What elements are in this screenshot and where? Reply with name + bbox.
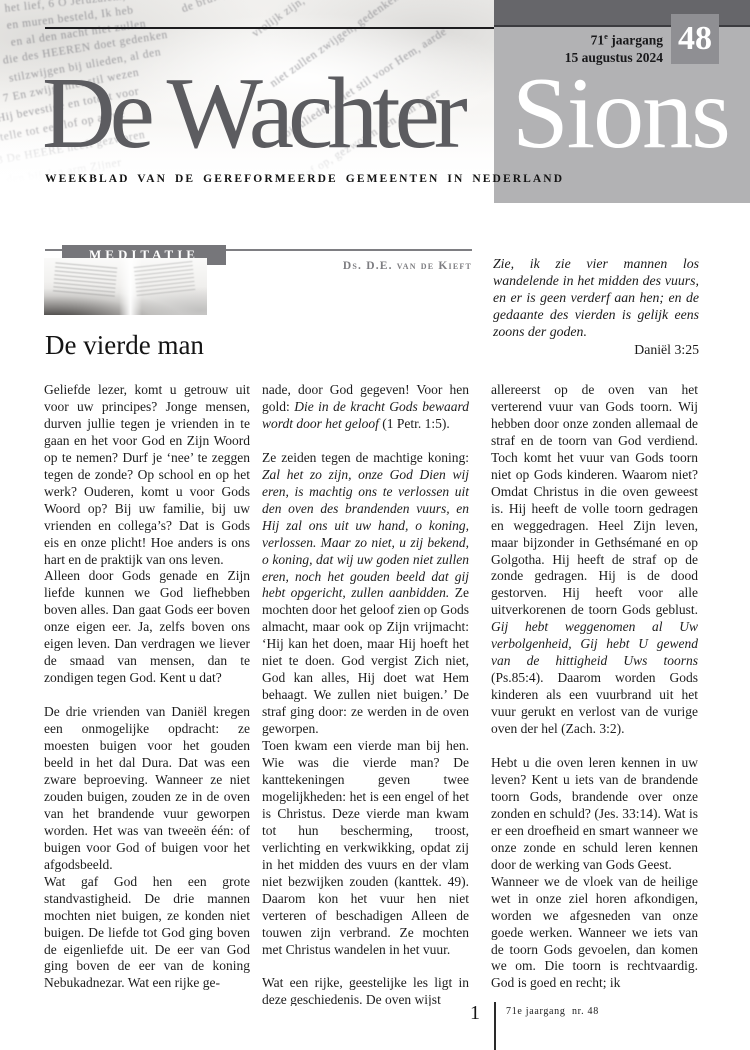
paragraph: Ze zeiden tegen de machtige koning: Zal … (262, 450, 469, 738)
bible-text-fragment: vrolijk zijn, de bruid, heb wachters (250, 0, 406, 40)
paragraph: Toen kwam een vierde man bij hen. Wie wa… (262, 738, 469, 958)
scripture-quote: Zie, ik zie vier mannen los wandelende i… (493, 255, 699, 358)
scripture-reference: Daniël 3:25 (493, 341, 699, 358)
paragraph: Wanneer we de vloek van de heilige wet i… (491, 874, 698, 993)
scripture-text: Zie, ik zie vier mannen los wandelende i… (493, 256, 699, 339)
paragraph: Hebt u die oven leren kennen in uw leven… (491, 755, 698, 874)
paragraph: De drie vrienden van Daniël kregen een o… (44, 704, 250, 874)
book-text-lines-left (53, 262, 117, 299)
article-column-1: Geliefde lezer, komt u getrouw uit voor … (44, 382, 250, 1006)
paragraph: nade, door God gegeven! Voor hen gold: D… (262, 382, 469, 433)
section-book-photo (44, 258, 207, 315)
bible-text-fragment: het lief, 6 O Jeruzalem, (4, 0, 126, 15)
footer-issue-info: 71e jaargang nr. 48 (506, 1006, 599, 1017)
paragraph: Geliefde lezer, komt u getrouw uit voor … (44, 382, 250, 568)
paragraph: Alleen door Gods genade en Zijn liefde k… (44, 568, 250, 687)
masthead-rule (45, 27, 494, 29)
bible-text-fragment: de bruid, alzo zal uw (180, 0, 286, 15)
article-column-3: allereerst op de oven van het verterend … (491, 382, 698, 1006)
footer-divider (494, 1002, 496, 1050)
book-text-lines-right (134, 261, 195, 295)
masthead-title-sions: Sions (512, 63, 729, 165)
masthead-tagline: WEEKBLAD VAN DE GEREFORMEERDE GEMEENTEN … (45, 173, 564, 185)
magazine-page: het lief, 6 O Jeruzalem,en muren besteld… (0, 0, 750, 1050)
volume-line: 71e jaargang (565, 28, 663, 49)
footer-page-number: 1 (458, 1002, 480, 1025)
article-column-2: nade, door God gegeven! Voor hen gold: D… (262, 382, 469, 1006)
issue-number: 48 (678, 20, 712, 57)
paragraph: allereerst op de oven van het verterend … (491, 382, 698, 738)
paragraph: Wat een rijke, geestelijke les ligt in d… (262, 975, 469, 1006)
paragraph: Wat gaf God hen een grote standvastighei… (44, 874, 250, 993)
author-byline: Ds. D.E. van de Kieft (252, 260, 472, 272)
article-columns: Geliefde lezer, komt u getrouw uit voor … (44, 382, 704, 1006)
article-title: De vierde man (45, 330, 204, 361)
bible-text-fragment: en al den nacht niet zullen (10, 18, 147, 49)
masthead-title-de-wachter: De Wachter (42, 63, 462, 165)
